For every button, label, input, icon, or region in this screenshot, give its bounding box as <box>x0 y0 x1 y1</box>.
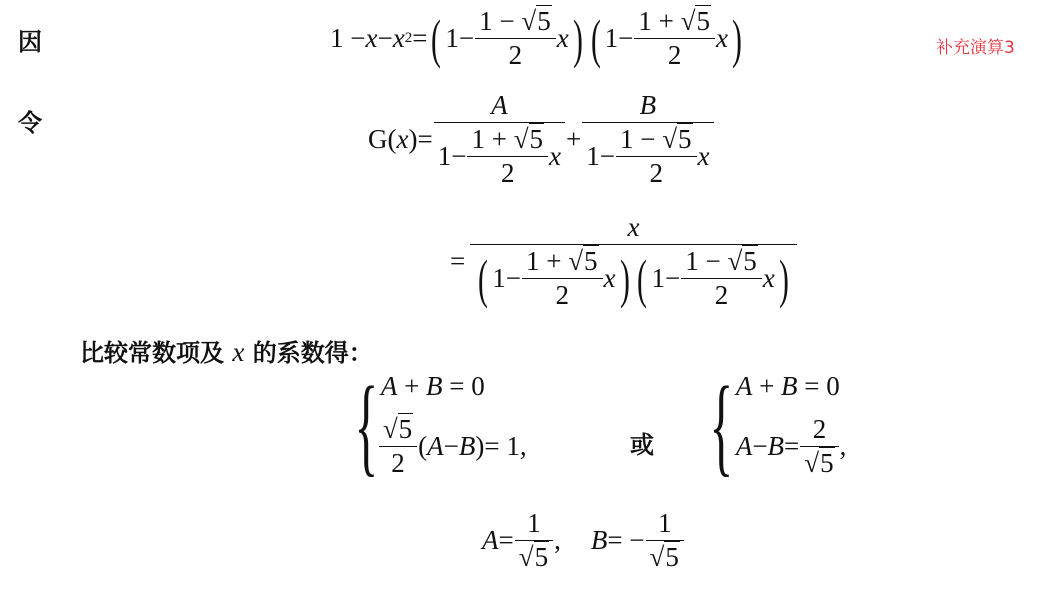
equals: = <box>412 25 427 52</box>
left-brace: { <box>355 370 379 480</box>
var-x: x <box>698 143 710 170</box>
var-a: A <box>736 433 753 460</box>
compare-coefficients-text: 比较常数项及 x 的系数得： <box>80 333 373 368</box>
left-paren: ( <box>478 252 488 306</box>
numerator: 1 + <box>638 6 680 36</box>
solution-line: A = 1 √5 , B = − 1 √5 <box>482 510 685 571</box>
denominator: 2 <box>379 446 417 477</box>
minus: − <box>752 433 767 460</box>
rhs: = 1, <box>484 433 526 460</box>
system2-eq2: A − B = 2 √5 , <box>736 416 847 477</box>
exponent: 2 <box>405 31 413 46</box>
denominator: 2 <box>467 156 548 187</box>
open-paren: ( <box>418 433 427 460</box>
right-paren: ) <box>779 252 789 306</box>
plus: + <box>566 126 581 153</box>
numerator: 1 − <box>479 6 521 36</box>
sqrt: √5 <box>681 8 711 35</box>
var-a: A <box>427 433 444 460</box>
sqrt: √5 <box>383 416 413 443</box>
denominator: 2 <box>681 278 762 309</box>
sqrt: √5 <box>568 248 598 275</box>
radicand: 5 <box>536 5 552 36</box>
label-let: 令 <box>18 103 42 138</box>
equals: = <box>499 527 514 554</box>
numerator: 1 − <box>685 246 727 276</box>
close-paren: ) <box>475 433 484 460</box>
left-brace: { <box>710 370 734 480</box>
right-paren: ) <box>620 252 630 306</box>
text-part: 的系数得： <box>244 339 372 367</box>
rhs: = 0 <box>798 371 840 401</box>
inner-fraction: 1 + √5 2 <box>469 126 546 187</box>
var-b: B <box>591 527 608 554</box>
numerator: x <box>625 214 641 244</box>
right-paren: ) <box>573 12 583 66</box>
radicand: 5 <box>529 123 545 154</box>
numerator: B <box>638 92 659 122</box>
left-paren: ( <box>431 12 441 66</box>
left-paren: ( <box>638 252 648 306</box>
var-x: x <box>549 143 561 170</box>
radicand: 5 <box>398 413 414 444</box>
equation-system-1: { A + B = 0 √5 2 (A − B) = 1, <box>340 370 527 480</box>
numerator: 1 <box>656 510 674 540</box>
denominator: 1 − 1 + √5 2 x <box>434 122 565 187</box>
plus: + <box>752 371 781 401</box>
radicand: 5 <box>677 123 693 154</box>
sqrt: √5 <box>804 450 834 477</box>
var-a: A <box>381 371 398 401</box>
radicand: 5 <box>742 245 758 276</box>
fraction-term-b: B 1 − 1 − √5 2 x <box>584 92 711 187</box>
denominator: 2 <box>522 278 603 309</box>
right-paren: ) <box>732 12 742 66</box>
system2-eq1: A + B = 0 <box>736 373 847 400</box>
equation-factorization: 1 − x − x2 = ( 1 − 1 − √5 2 x ) ( 1 − 1 … <box>330 8 746 69</box>
sqrt: √5 <box>519 544 549 571</box>
sqrt: √5 <box>650 544 680 571</box>
fraction-a: 1 √5 <box>517 510 551 571</box>
comma: , <box>554 527 561 554</box>
fraction-b: 1 √5 <box>648 510 682 571</box>
numerator: 1 + <box>471 124 513 154</box>
close-paren: ) <box>408 126 417 153</box>
equals-negative: = − <box>607 527 644 554</box>
numerator: 2 <box>811 416 829 446</box>
sqrt: √5 <box>727 248 757 275</box>
minus: − <box>444 433 459 460</box>
var-b: B <box>459 433 476 460</box>
equation-partial-fractions: G(x) = A 1 − 1 + √5 2 x + B 1 − 1 − √5 2… <box>368 92 715 187</box>
supplementary-note: 补充演算3 <box>936 33 1015 58</box>
one: 1 <box>651 265 665 292</box>
numerator: 1 + <box>526 246 568 276</box>
denominator: 2 <box>475 38 556 69</box>
sqrt: √5 <box>514 126 544 153</box>
var-b: B <box>426 371 443 401</box>
numerator: 1 <box>525 510 543 540</box>
var-x: x <box>365 25 377 52</box>
var-x: x <box>393 25 405 52</box>
or-text: 或 <box>630 425 654 460</box>
system1-eq1: A + B = 0 <box>381 373 527 400</box>
equation-combined: = x ( 1 − 1 + √5 2 x ) ( 1 − 1 − √5 2 x … <box>450 214 798 309</box>
one: 1 <box>586 143 600 170</box>
denominator: ( 1 − 1 + √5 2 x ) ( 1 − 1 − √5 2 x ) <box>470 244 797 309</box>
function-name: G( <box>368 126 397 153</box>
var-x: x <box>716 25 728 52</box>
sqrt: √5 <box>662 126 692 153</box>
numerator: A <box>489 92 510 122</box>
var-a: A <box>482 527 499 554</box>
var-x: x <box>397 126 409 153</box>
text-part: 比较常数项及 <box>80 339 232 367</box>
equals: = <box>784 433 799 460</box>
radicand: 5 <box>534 541 550 572</box>
label-because: 因 <box>18 22 42 57</box>
inner-fraction: 1 − √5 2 <box>618 126 695 187</box>
minus: − <box>459 25 474 52</box>
minus: − <box>665 265 680 292</box>
one: 1 <box>445 25 459 52</box>
system1-eq2: √5 2 (A − B) = 1, <box>381 416 527 477</box>
minus: − <box>506 265 521 292</box>
lhs-minus: − <box>377 25 392 52</box>
var-x: x <box>763 265 775 292</box>
comma: , <box>840 433 847 460</box>
radicand: 5 <box>695 5 711 36</box>
equation-system-2: { A + B = 0 A − B = 2 √5 , <box>695 370 846 480</box>
sqrt: √5 <box>521 8 551 35</box>
radicand: 5 <box>583 245 599 276</box>
rhs: = 0 <box>443 371 485 401</box>
minus: − <box>600 143 615 170</box>
equals: = <box>417 126 432 153</box>
fraction-combined: x ( 1 − 1 + √5 2 x ) ( 1 − 1 − √5 2 x ) <box>472 214 795 309</box>
var-x: x <box>557 25 569 52</box>
var-a: A <box>736 371 753 401</box>
inner-fraction: 1 − √5 2 <box>683 248 760 309</box>
minus: − <box>451 143 466 170</box>
var-b: B <box>781 371 798 401</box>
minus: − <box>618 25 633 52</box>
denominator: 2 <box>616 156 697 187</box>
fraction: 2 √5 <box>802 416 836 477</box>
lhs-prefix: 1 − <box>330 25 365 52</box>
numerator: 1 − <box>620 124 662 154</box>
denominator: 2 <box>634 38 715 69</box>
var-x: x <box>604 265 616 292</box>
one: 1 <box>605 25 619 52</box>
left-paren: ( <box>591 12 601 66</box>
inner-fraction: 1 + √5 2 <box>524 248 601 309</box>
radicand: 5 <box>664 541 680 572</box>
var-x: x <box>232 337 244 367</box>
fraction: 1 − √5 2 <box>477 8 554 69</box>
var-b: B <box>768 433 785 460</box>
fraction-term-a: A 1 − 1 + √5 2 x <box>436 92 563 187</box>
one: 1 <box>492 265 506 292</box>
equals: = <box>450 248 465 275</box>
radicand: 5 <box>819 447 835 478</box>
fraction: √5 2 <box>381 416 415 477</box>
fraction: 1 + √5 2 <box>636 8 713 69</box>
plus: + <box>397 371 426 401</box>
denominator: 1 − 1 − √5 2 x <box>582 122 713 187</box>
one: 1 <box>438 143 452 170</box>
